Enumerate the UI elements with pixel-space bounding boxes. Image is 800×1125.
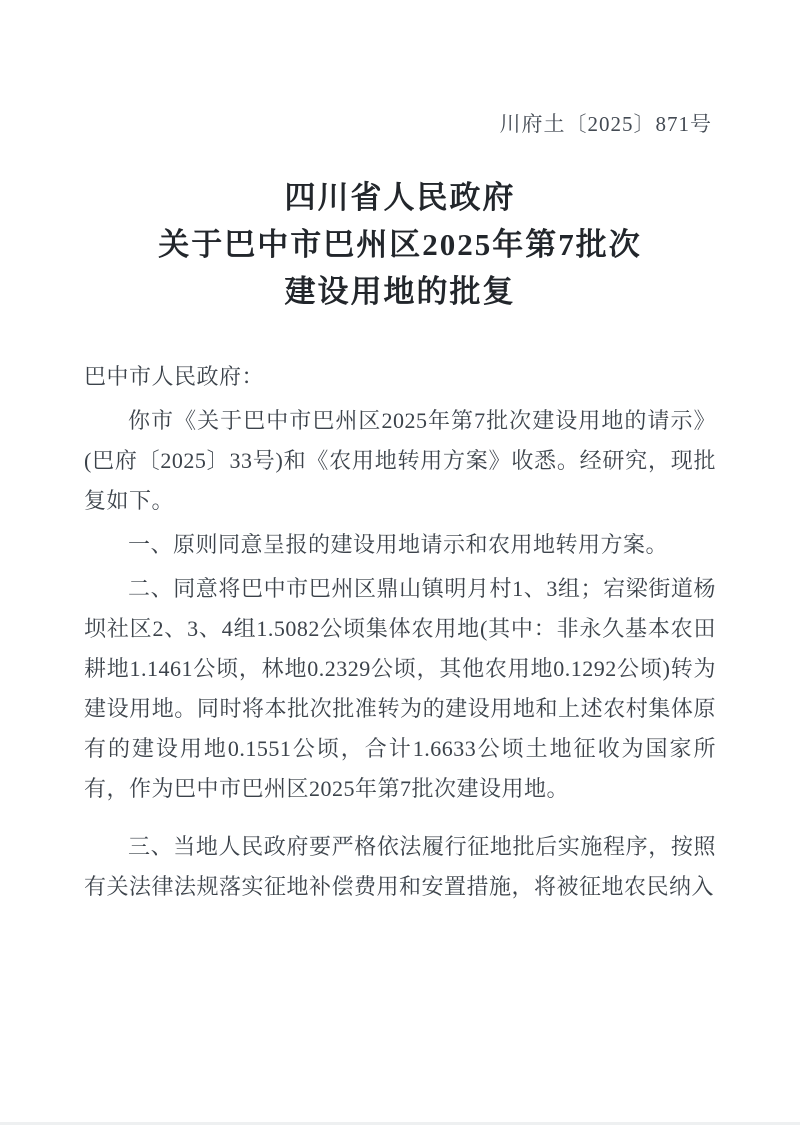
document-body: 巴中市人民政府： 你市《关于巴中市巴州区2025年第7批次建设用地的请示》(巴府… [84,357,716,907]
paragraph-item-1: 一、原则同意呈报的建设用地请示和农用地转用方案。 [84,525,716,565]
paragraph-item-2: 二、同意将巴中市巴州区鼎山镇明月村1、3组；宕梁街道杨坝社区2、3、4组1.50… [84,569,716,809]
document-page: 川府土〔2025〕871号 四川省人民政府 关于巴中市巴州区2025年第7批次 … [0,0,800,1125]
paragraph-intro: 你市《关于巴中市巴州区2025年第7批次建设用地的请示》(巴府〔2025〕33号… [84,401,716,521]
doc-number: 川府土〔2025〕871号 [0,0,800,138]
salutation: 巴中市人民政府： [84,357,716,397]
title-line-3: 建设用地的批复 [0,268,800,315]
document-title: 四川省人民政府 关于巴中市巴州区2025年第7批次 建设用地的批复 [0,174,800,315]
paragraph-item-3: 三、当地人民政府要严格依法履行征地批后实施程序，按照有关法律法规落实征地补偿费用… [84,827,716,907]
title-line-1: 四川省人民政府 [0,174,800,221]
title-line-2: 关于巴中市巴州区2025年第7批次 [0,221,800,268]
